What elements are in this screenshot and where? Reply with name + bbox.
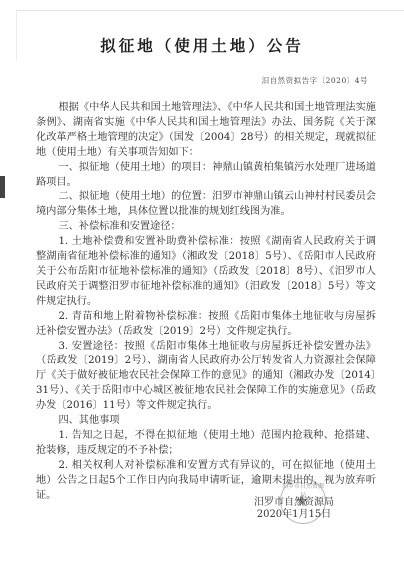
paragraph-location: 二、拟征地（使用土地）的位置：汨罗市神鼎山镇云山神村村民委员会境内部分集体土地，… [36,190,376,220]
scan-border-top [16,10,404,11]
scan-edge-mark [0,176,5,198]
paragraph-other-heading: 四、其他事项 [36,414,376,429]
issue-date: 2020年1月15日 [254,509,334,521]
paragraph-crop-compensation: 2. 青苗和地上附着物补偿标准：按照《岳阳市集体土地征收与房屋拆迁补偿安置办法》… [36,310,376,340]
paragraph-preamble: 根据《中华人民共和国土地管理法》、《中华人民共和国土地管理法实施条例》、湖南省实… [36,101,376,161]
paragraph-other-1: 1. 告知之日起，不得在拟征地（使用土地）范围内抢栽种、抢搭建、抢装修，违反规定… [36,429,376,459]
paragraph-project: 一、拟征地（使用土地）的项目：神鼎山镇黄柏集镇污水处理厂进场道路项目。 [36,161,376,191]
issuer-name: 汨罗市自然资源局 [254,497,334,509]
document-number: 汨自然资拟告字〔2020〕4号 [262,75,368,86]
paragraph-compensation-heading: 三、补偿标准和安置途径： [36,220,376,235]
signature-block: 汨罗市自然资源局 2020年1月15日 [254,497,334,521]
paragraph-land-compensation: 1. 土地补偿费和安置补助费补偿标准：按照《湖南省人民政府关于调整湖南省征地补偿… [36,235,376,310]
paragraph-resettlement: 3. 安置途径：按照《岳阳市集体土地征收与房屋拆迁补偿安置办法》（岳政发〔201… [36,340,376,415]
document-body: 根据《中华人民共和国土地管理法》、《中华人民共和国土地管理法实施条例》、湖南省实… [36,101,376,503]
document-title: 拟征地（使用土地）公告 [0,34,404,56]
